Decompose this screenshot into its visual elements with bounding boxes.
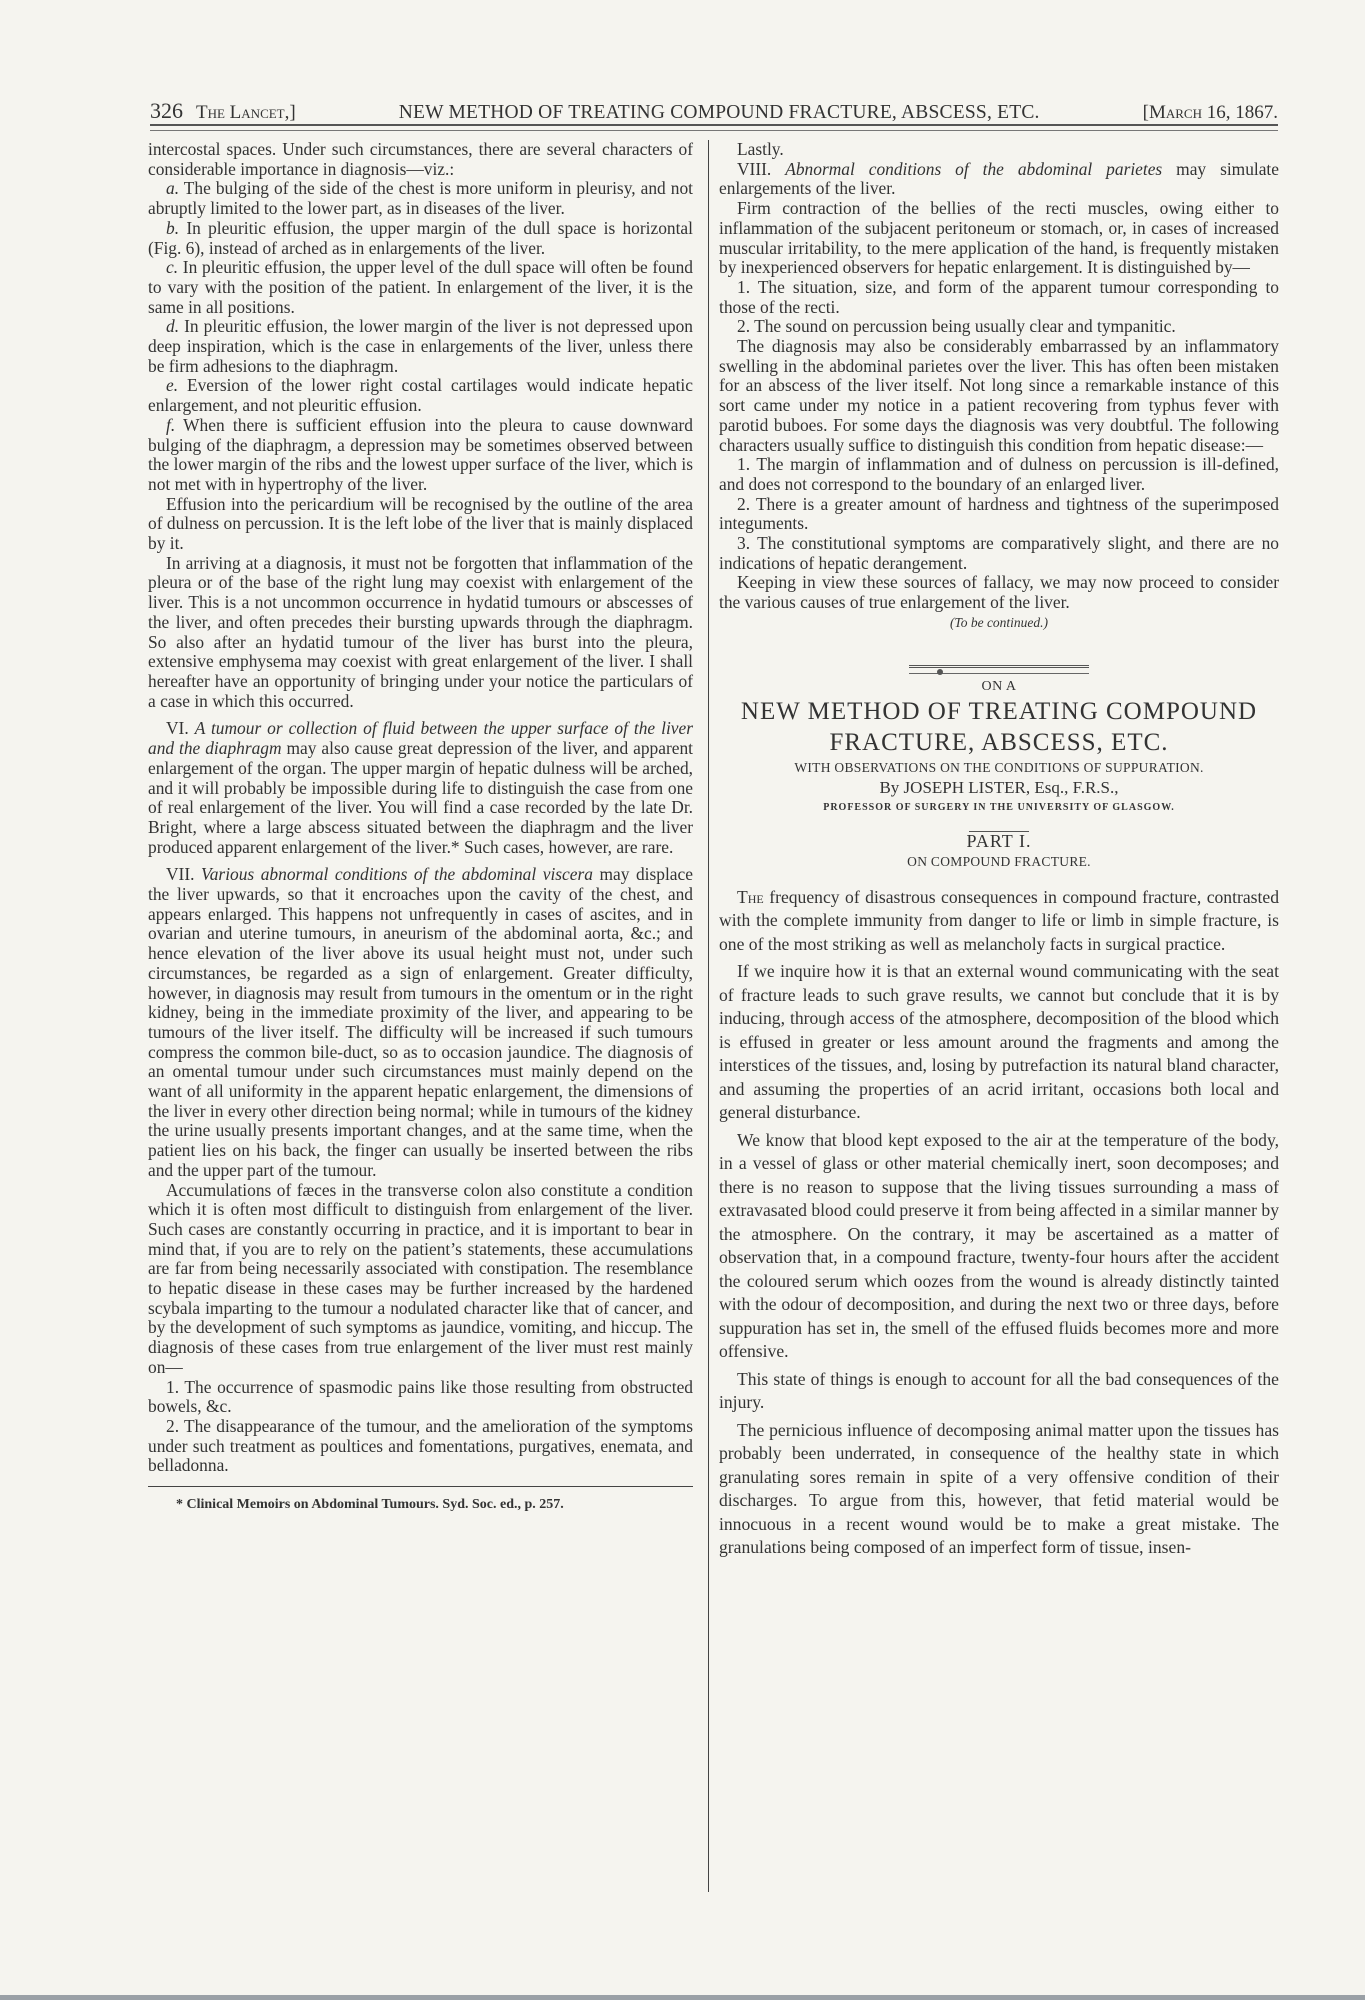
header-left: 326 The Lancet,]: [150, 98, 296, 124]
item-text: When there is sufficient effusion into t…: [148, 415, 693, 494]
paragraph: The pernicious influence of decomposing …: [719, 1419, 1279, 1560]
paragraph-text: intercostal spaces. Under such circumsta…: [148, 139, 693, 179]
list-item-f: f. When there is sufficient effusion int…: [148, 416, 693, 495]
footnote: * Clinical Memoirs on Abdominal Tumours.…: [148, 1495, 693, 1515]
section-numeral: VI.: [166, 718, 189, 738]
section-numeral: VIII.: [737, 159, 771, 179]
paragraph: In arriving at a diagnosis, it must not …: [148, 554, 693, 712]
paragraph-text: The pernicious influence of decomposing …: [719, 1420, 1279, 1558]
section-vii: VII. Various abnormal conditions of the …: [148, 865, 693, 1180]
item-text: The constitutional symptoms are comparat…: [719, 533, 1279, 573]
paragraph-text: Firm contraction of the bellies of the r…: [719, 198, 1279, 277]
paragraph: Effusion into the pericardium will be re…: [148, 495, 693, 554]
item-label: 2.: [737, 494, 750, 514]
item-text: The occurrence of spasmodic pains like t…: [148, 1377, 693, 1417]
ornamental-rule-icon: [909, 665, 1089, 677]
article-title-line2: FRACTURE, ABSCESS, ETC.: [829, 729, 1168, 756]
paragraph-text: Lastly.: [737, 139, 784, 159]
paragraph-text: In arriving at a diagnosis, it must not …: [148, 553, 693, 711]
paragraph-text: If we inquire how it is that an external…: [719, 961, 1279, 1122]
column-divider: [708, 140, 709, 1892]
list-item-e: e. Eversion of the lower right costal ca…: [148, 376, 693, 415]
list-item-2: 2. The sound on percussion being usually…: [719, 317, 1279, 337]
paragraph: We know that blood kept exposed to the a…: [719, 1129, 1279, 1364]
running-header: 326 The Lancet,] NEW METHOD OF TREATING …: [150, 98, 1278, 124]
item-label: e.: [166, 375, 178, 395]
article-title-line1: NEW METHOD OF TREATING COMPOUND: [741, 698, 1257, 725]
list-item-3: 3. The constitutional symptoms are compa…: [719, 534, 1279, 573]
list-item-2: 2. There is a greater amount of hardness…: [719, 495, 1279, 534]
paragraph: Firm contraction of the bellies of the r…: [719, 199, 1279, 278]
item-label: 2.: [737, 316, 750, 336]
item-label: f.: [166, 415, 175, 435]
running-title: NEW METHOD OF TREATING COMPOUND FRACTURE…: [399, 102, 1040, 124]
list-item-d: d. In pleuritic effusion, the lower marg…: [148, 317, 693, 376]
paragraph-text: Effusion into the pericardium will be re…: [148, 494, 693, 553]
paragraph-text: The diagnosis may also be considerably e…: [719, 336, 1279, 455]
paragraph: The frequency of disastrous consequences…: [719, 886, 1279, 957]
item-label: c.: [166, 257, 178, 277]
item-text: In pleuritic effusion, the lower margin …: [148, 316, 693, 375]
paragraph-text: This state of things is enough to accoun…: [719, 1369, 1279, 1413]
item-label: 1.: [737, 277, 750, 297]
page-number: 326: [150, 98, 183, 123]
article-body: The frequency of disastrous consequences…: [719, 886, 1279, 1560]
left-column: intercostal spaces. Under such circumsta…: [148, 140, 693, 1515]
item-label: 2.: [166, 1416, 179, 1436]
item-label: 3.: [737, 533, 750, 553]
item-text: Eversion of the lower right costal carti…: [148, 375, 693, 415]
right-column: Lastly. VIII. Abnormal conditions of the…: [719, 140, 1279, 1560]
item-text: There is a greater amount of hardness an…: [719, 494, 1279, 534]
item-text: The situation, size, and form of the app…: [719, 277, 1279, 317]
list-item-2: 2. The disappearance of the tumour, and …: [148, 1417, 693, 1476]
item-text: In pleuritic effusion, the upper level o…: [148, 257, 693, 316]
page-bottom-edge: [0, 1995, 1365, 2000]
article-subtitle: WITH OBSERVATIONS ON THE CONDITIONS OF S…: [719, 758, 1279, 778]
list-item-1: 1. The situation, size, and form of the …: [719, 278, 1279, 317]
item-label: b.: [166, 218, 179, 238]
item-text: The bulging of the side of the chest is …: [148, 178, 693, 218]
article-preamble: ON A: [719, 677, 1279, 697]
section-heading-italic: Various abnormal conditions of the abdom…: [201, 864, 593, 884]
item-label: a.: [166, 178, 179, 198]
list-item-a: a. The bulging of the side of the chest …: [148, 179, 693, 218]
item-text: The disappearance of the tumour, and the…: [148, 1416, 693, 1475]
list-item-1: 1. The margin of inflammation and of dul…: [719, 455, 1279, 494]
paragraph: intercostal spaces. Under such circumsta…: [148, 140, 693, 179]
paragraph: Lastly.: [719, 140, 1279, 160]
paragraph-text: frequency of disastrous consequences in …: [719, 887, 1279, 954]
item-label: 1.: [737, 454, 750, 474]
author-affiliation: PROFESSOR OF SURGERY IN THE UNIVERSITY O…: [719, 798, 1279, 818]
footnote-rule: [148, 1486, 693, 1487]
item-label: d.: [166, 316, 179, 336]
journal-name: The Lancet,]: [196, 102, 296, 123]
article-byline: By JOSEPH LISTER, Esq., F.R.S.,: [719, 778, 1279, 798]
paragraph-text: We know that blood kept exposed to the a…: [719, 1130, 1279, 1362]
paragraph-text: Keeping in view these sources of fallacy…: [719, 572, 1279, 612]
header-rule: [150, 124, 1278, 131]
paragraph: If we inquire how it is that an external…: [719, 960, 1279, 1125]
section-viii: VIII. Abnormal conditions of the abdomin…: [719, 160, 1279, 199]
item-text: The margin of inflammation and of dulnes…: [719, 454, 1279, 494]
paragraph-text: may displace the liver upwards, so that …: [148, 864, 693, 1180]
article-title: NEW METHOD OF TREATING COMPOUND FRACTURE…: [719, 696, 1279, 758]
issue-date: [March 16, 1867.: [1143, 102, 1278, 124]
paragraph: This state of things is enough to accoun…: [719, 1368, 1279, 1415]
item-label: 1.: [166, 1377, 179, 1397]
paragraph: Accumulations of fæces in the transverse…: [148, 1181, 693, 1378]
paragraph-text: Accumulations of fæces in the transverse…: [148, 1180, 693, 1377]
section-heading-italic: Abnormal conditions of the abdominal par…: [785, 159, 1162, 179]
paragraph: Keeping in view these sources of fallacy…: [719, 573, 1279, 612]
part-heading: PART I.: [719, 832, 1279, 852]
list-item-b: b. In pleuritic effusion, the upper marg…: [148, 219, 693, 258]
item-text: In pleuritic effusion, the upper margin …: [148, 218, 693, 258]
lead-word: The: [737, 887, 764, 907]
section-numeral: VII.: [166, 864, 195, 884]
list-item-c: c. In pleuritic effusion, the upper leve…: [148, 258, 693, 317]
section-vi: VI. A tumour or collection of fluid betw…: [148, 719, 693, 857]
item-text: The sound on percussion being usually cl…: [754, 316, 1176, 336]
to-be-continued: (To be continued.): [719, 613, 1279, 633]
part-subheading: ON COMPOUND FRACTURE.: [719, 852, 1279, 872]
paragraph: The diagnosis may also be considerably e…: [719, 337, 1279, 455]
list-item-1: 1. The occurrence of spasmodic pains lik…: [148, 1378, 693, 1417]
